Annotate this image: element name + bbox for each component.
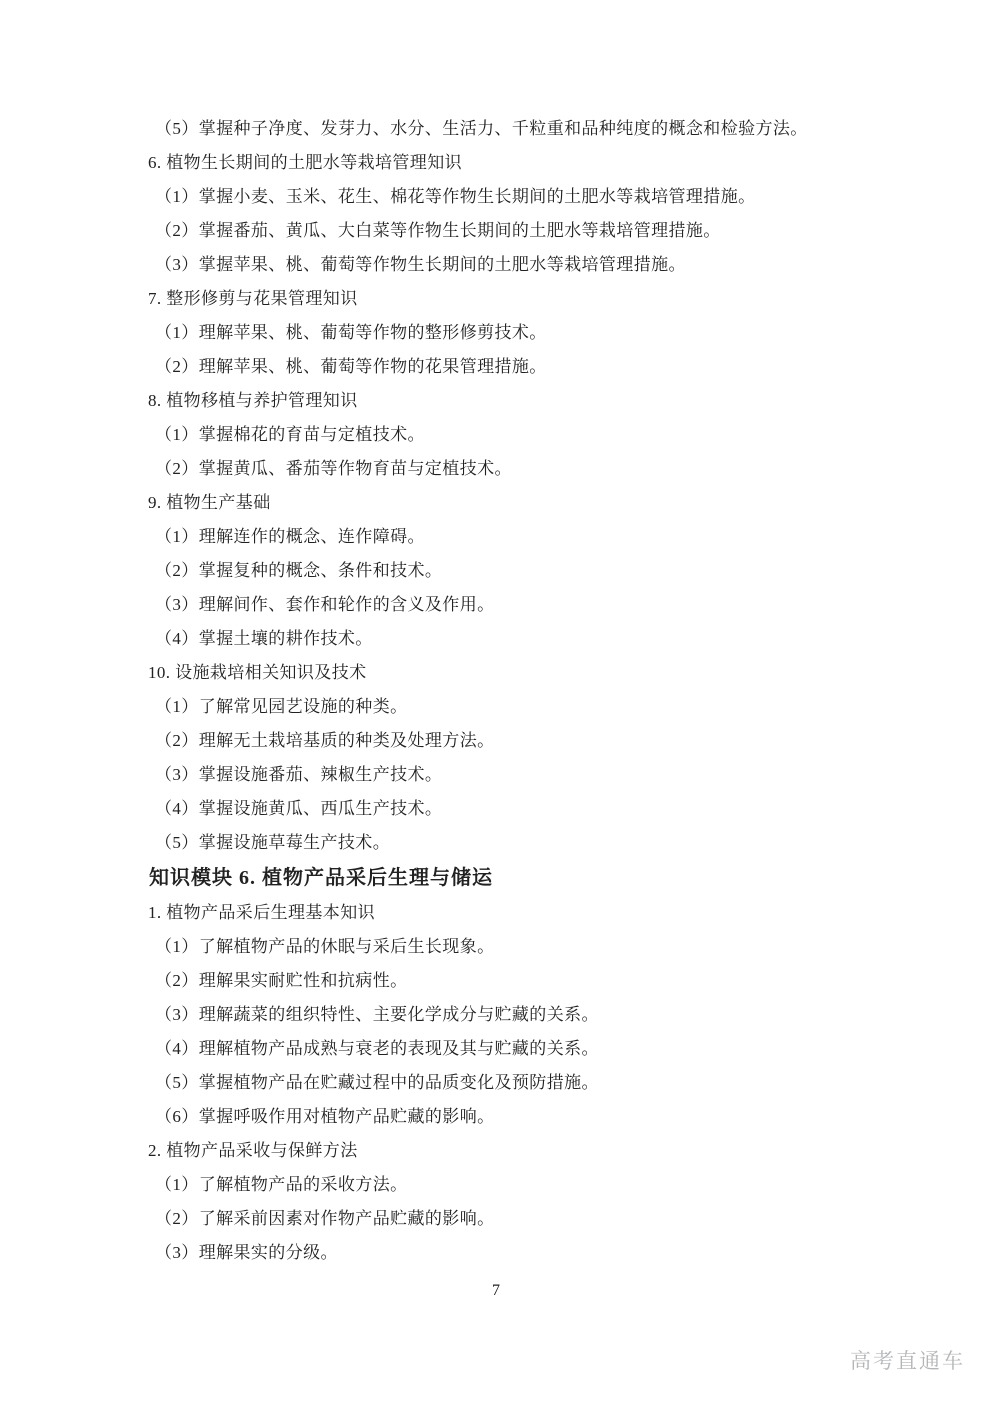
section-heading: 10. 设施栽培相关知识及技术 xyxy=(148,656,952,690)
list-item-line: （5）掌握植物产品在贮藏过程中的品质变化及预防措施。 xyxy=(148,1066,952,1100)
list-item-line: （1）了解常见园艺设施的种类。 xyxy=(148,690,952,724)
list-item-line: （4）理解植物产品成熟与衰老的表现及其与贮藏的关系。 xyxy=(148,1032,952,1066)
list-item-line: （3）掌握苹果、桃、葡萄等作物生长期间的土肥水等栽培管理措施。 xyxy=(148,248,952,282)
list-item-line: （5）掌握种子净度、发芽力、水分、生活力、千粒重和品种纯度的概念和检验方法。 xyxy=(148,112,952,146)
list-item-line: （1）了解植物产品的采收方法。 xyxy=(148,1168,952,1202)
section-heading: 8. 植物移植与养护管理知识 xyxy=(148,384,952,418)
list-item-line: （2）理解无土栽培基质的种类及处理方法。 xyxy=(148,724,952,758)
document-page: （5）掌握种子净度、发芽力、水分、生活力、千粒重和品种纯度的概念和检验方法。6.… xyxy=(0,0,992,1403)
section-heading: 1. 植物产品采后生理基本知识 xyxy=(148,896,952,930)
page-number: 7 xyxy=(0,1282,992,1300)
list-item-line: （1）理解连作的概念、连作障碍。 xyxy=(148,520,952,554)
section-heading: 9. 植物生产基础 xyxy=(148,486,952,520)
module-heading: 知识模块 6. 植物产品采后生理与储运 xyxy=(148,860,952,896)
list-item-line: （4）掌握土壤的耕作技术。 xyxy=(148,622,952,656)
watermark-logo: 高考直通车 xyxy=(850,1345,965,1375)
list-item-line: （3）理解果实的分级。 xyxy=(148,1236,952,1270)
list-item-line: （3）掌握设施番茄、辣椒生产技术。 xyxy=(148,758,952,792)
list-item-line: （2）了解采前因素对作物产品贮藏的影响。 xyxy=(148,1202,952,1236)
list-item-line: （3）理解蔬菜的组织特性、主要化学成分与贮藏的关系。 xyxy=(148,998,952,1032)
list-item-line: （1）理解苹果、桃、葡萄等作物的整形修剪技术。 xyxy=(148,316,952,350)
section-heading: 2. 植物产品采收与保鲜方法 xyxy=(148,1134,952,1168)
list-item-line: （1）掌握小麦、玉米、花生、棉花等作物生长期间的土肥水等栽培管理措施。 xyxy=(148,180,952,214)
list-item-line: （2）掌握复种的概念、条件和技术。 xyxy=(148,554,952,588)
list-item-line: （2）掌握黄瓜、番茄等作物育苗与定植技术。 xyxy=(148,452,952,486)
list-item-line: （2）理解果实耐贮性和抗病性。 xyxy=(148,964,952,998)
section-heading: 7. 整形修剪与花果管理知识 xyxy=(148,282,952,316)
syllabus-content: （5）掌握种子净度、发芽力、水分、生活力、千粒重和品种纯度的概念和检验方法。6.… xyxy=(0,112,952,1270)
list-item-line: （2）理解苹果、桃、葡萄等作物的花果管理措施。 xyxy=(148,350,952,384)
list-item-line: （2）掌握番茄、黄瓜、大白菜等作物生长期间的土肥水等栽培管理措施。 xyxy=(148,214,952,248)
list-item-line: （1）了解植物产品的休眠与采后生长现象。 xyxy=(148,930,952,964)
list-item-line: （4）掌握设施黄瓜、西瓜生产技术。 xyxy=(148,792,952,826)
list-item-line: （5）掌握设施草莓生产技术。 xyxy=(148,826,952,860)
list-item-line: （1）掌握棉花的育苗与定植技术。 xyxy=(148,418,952,452)
section-heading: 6. 植物生长期间的土肥水等栽培管理知识 xyxy=(148,146,952,180)
list-item-line: （6）掌握呼吸作用对植物产品贮藏的影响。 xyxy=(148,1100,952,1134)
list-item-line: （3）理解间作、套作和轮作的含义及作用。 xyxy=(148,588,952,622)
